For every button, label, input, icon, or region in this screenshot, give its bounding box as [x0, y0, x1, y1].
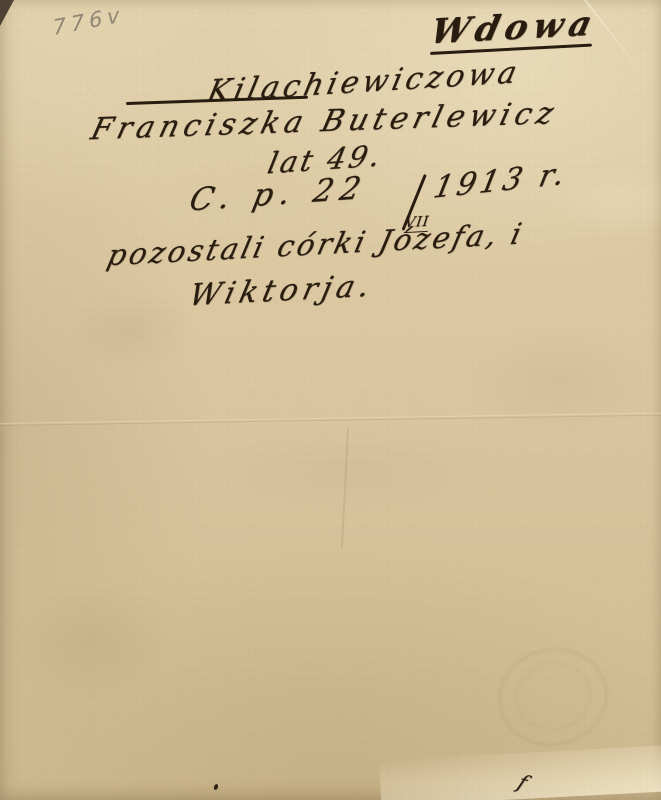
date-line-year: 1913 r. [430, 156, 571, 206]
survivors-line-2: Wiktorja. [186, 268, 378, 313]
survivors-line-1: pozostali córki Józefa, i [104, 216, 528, 272]
folio-number: 776v [52, 2, 125, 40]
embossed-seal-inner-ring [509, 656, 597, 738]
ink-squiggle: f [514, 770, 531, 794]
embossed-seal [489, 638, 617, 757]
date-line-prefix: C. p. 22 [186, 170, 371, 219]
scan-corner-shadow [0, 0, 20, 30]
fold-crease-horizontal [0, 413, 661, 426]
document-scan: 776v Wdowa Kilachiewiczowa Franciszka Bu… [0, 0, 661, 800]
name-line: Franciszka Buterlewicz [87, 96, 562, 148]
ink-speck [213, 783, 219, 790]
fold-crease-vertical [341, 428, 349, 548]
